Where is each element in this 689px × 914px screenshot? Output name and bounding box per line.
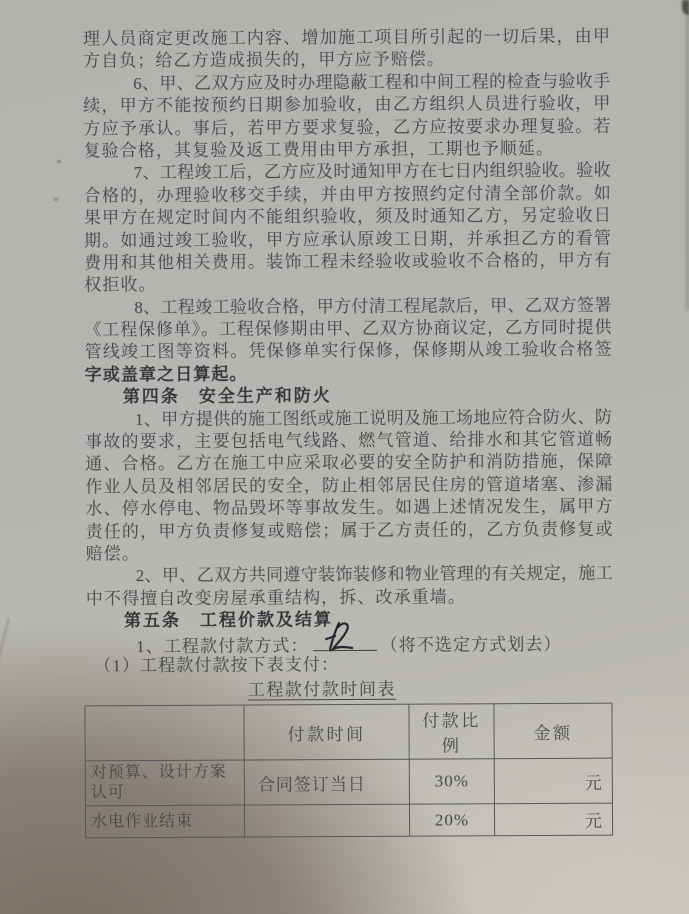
contract-line: 1、甲方提供的施工图纸或施工说明及施工场地应符合防火、防 bbox=[85, 406, 612, 431]
contract-line: 赔偿。 bbox=[86, 541, 613, 566]
contract-line: 《工程保修单》。工程保修期由甲、乙双方协商议定，乙方同时提供 bbox=[84, 317, 611, 342]
contract-line: 字或盖章之日算起。 bbox=[85, 361, 612, 386]
table-cell: 合同签订当日 bbox=[244, 760, 409, 806]
photographed-document: 理人员商定更改施工内容、增加施工项目所引起的一切后果，由甲方自负；给乙方造成损失… bbox=[0, 0, 689, 914]
contract-line: 事故的要求，主要包括电气线路、燃气管道、给排水和其它管道畅 bbox=[85, 429, 612, 454]
contract-line: 水、停水停电、物品毁坏等事故发生。如遇上述情况发生，属甲方 bbox=[85, 496, 612, 521]
handwritten-mark bbox=[316, 619, 368, 653]
contract-line: 责任的，甲方负责修复或赔偿；属于乙方责任的，乙方负责修复或 bbox=[85, 518, 612, 543]
contract-line: 1、工程款付款方式：（将不选定方式划去） bbox=[86, 630, 613, 655]
table-header-cell: 付款比例 bbox=[409, 704, 494, 759]
table-cell: 水电作业结束 bbox=[85, 805, 244, 838]
contract-line: （1）工程款付款按下表支付： bbox=[86, 653, 613, 678]
table-row: 对预算、设计方案认可合同签订当日30%元 bbox=[85, 758, 612, 806]
table-header-cell: 金额 bbox=[494, 703, 612, 759]
contract-text-block: 理人员商定更改施工内容、增加施工项目所引起的一切后果，由甲方自负；给乙方造成损失… bbox=[83, 26, 613, 678]
contract-line: 8、工程竣工验收合格，甲方付清工程尾款后，甲、乙双方签署 bbox=[84, 294, 611, 319]
contract-line: 中不得擅自改变房屋承重结构，拆、改承重墙。 bbox=[86, 585, 613, 610]
contract-line: 费用和其他相关费用。装饰工程未经验收或验收不合格的，甲方有 bbox=[84, 250, 611, 275]
payment-schedule-table: 付款时间付款比例金额对预算、设计方案认可合同签订当日30%元水电作业结束20%元 bbox=[84, 703, 613, 839]
contract-line: 理人员商定更改施工内容、增加施工项目所引起的一切后果，由甲 bbox=[83, 26, 610, 51]
contract-line: 方应予承认。事后，若甲方要求复验，乙方应按要求办理复验。若 bbox=[83, 115, 610, 140]
paper-speck bbox=[54, 198, 58, 201]
contract-line: 期。如通过竣工验收，甲方应承认原竣工日期，并承担乙方的看管 bbox=[84, 227, 611, 252]
table-cell bbox=[244, 805, 409, 838]
contract-line: 权拒收。 bbox=[84, 272, 611, 297]
contract-line: 2、甲、乙双方共同遵守装饰装修和物业管理的有关规定，施工 bbox=[86, 563, 613, 588]
payment-method-blank bbox=[313, 631, 377, 650]
contract-line: 通、合格。乙方在施工中应采取必要的安全防护和消防措施，保障 bbox=[85, 451, 612, 476]
contract-line: 续，甲方不能按预约日期参加验收，由乙方组织人员进行验收，甲 bbox=[83, 93, 610, 118]
paper-scratch bbox=[0, 618, 10, 663]
contract-line: 复验合格，其复验及返工费用由甲方承担，工期也予顺延。 bbox=[83, 138, 610, 163]
contract-line: 6、甲、乙双方应及时办理隐蔽工程和中间工程的检查与验收手 bbox=[83, 70, 610, 95]
payment-table-title: 工程款付款时间表 bbox=[58, 678, 585, 703]
contract-line: 果甲方在规定时间内不能组织验收，须及时通知乙方，另定验收日 bbox=[84, 205, 611, 230]
contract-line: 7、工程竣工后，乙方应及时通知甲方在七日内组织验收。验收 bbox=[84, 160, 611, 185]
contract-line: 作业人员及相邻居民的安全，防止相邻居民住房的管道堵塞、渗漏 bbox=[85, 473, 612, 498]
table-cell: 20% bbox=[409, 804, 494, 836]
table-cell: 对预算、设计方案认可 bbox=[85, 760, 244, 806]
contract-line: 合格的，办理验收移交手续，并由甲方按照约定付清全部价款。如 bbox=[84, 182, 611, 207]
contract-page: 理人员商定更改施工内容、增加施工项目所引起的一切后果，由甲方自负；给乙方造成损失… bbox=[83, 26, 614, 839]
table-cell: 元 bbox=[494, 758, 612, 804]
table-header-row: 付款时间付款比例金额 bbox=[85, 703, 612, 761]
contract-line: 管线竣工图等资料。凭保修单实行保修，保修期从竣工验收合格签 bbox=[85, 339, 612, 364]
table-cell: 30% bbox=[409, 759, 494, 804]
table-header-cell: 付款时间 bbox=[244, 705, 409, 761]
table-row: 水电作业结束20%元 bbox=[85, 803, 612, 838]
contract-text-part: （将不选定方式划去） bbox=[381, 634, 562, 654]
contract-line: 方自负；给乙方造成损失的，甲方应予赔偿。 bbox=[83, 48, 610, 73]
table-cell: 元 bbox=[494, 803, 612, 836]
contract-text-part: 1、工程款付款方式： bbox=[136, 636, 309, 656]
table-header-cell bbox=[85, 705, 244, 761]
paper-speck bbox=[57, 160, 61, 163]
clause-heading: 第四条 安全生产和防火 bbox=[85, 384, 612, 409]
